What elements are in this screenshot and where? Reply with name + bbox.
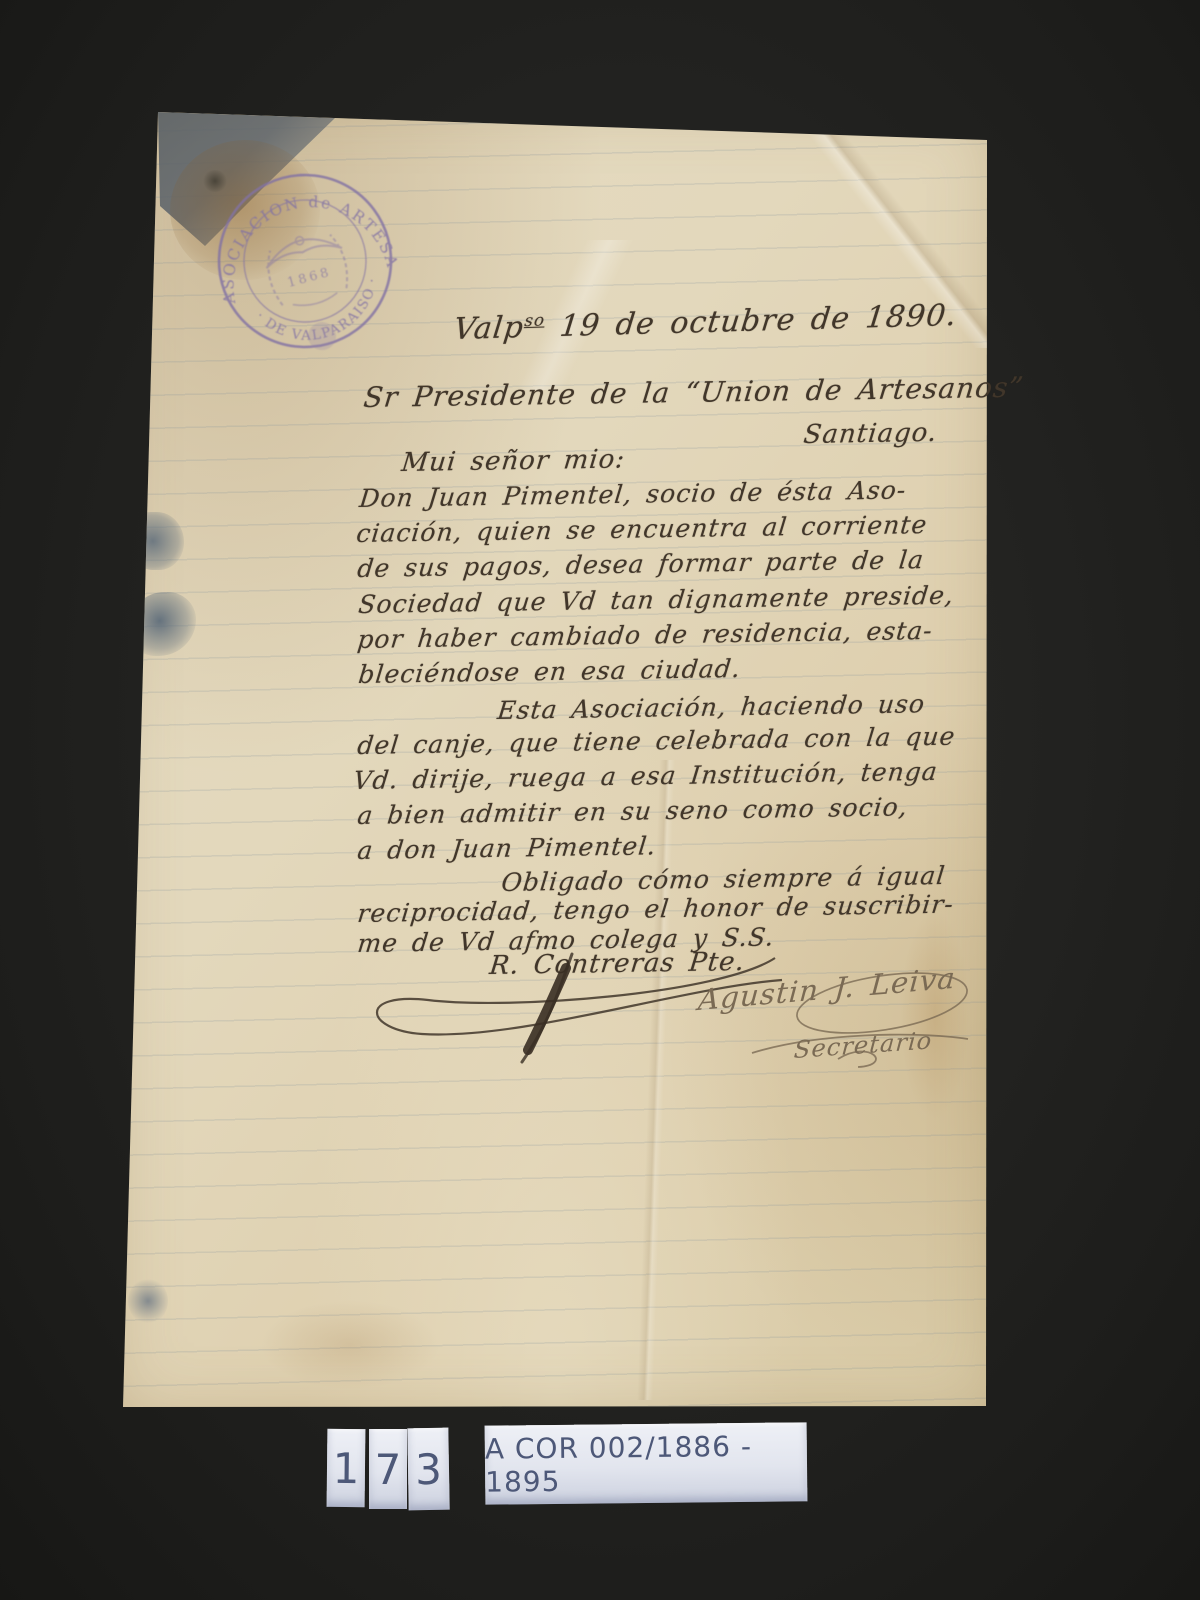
inventory-digit-label: 7 (369, 1429, 407, 1509)
president-signature: R. Contreras Pte. (488, 947, 746, 981)
dateline-prefix: Valp (452, 310, 526, 347)
stamp-year-text: 1868 (286, 265, 333, 291)
letter-body-line: a don Juan Pimentel. (356, 831, 658, 865)
paper-stain (128, 1278, 168, 1324)
archive-code-label: A COR 002/1886 - 1895 (485, 1422, 808, 1504)
inventory-digit-label: 1 (327, 1429, 366, 1507)
letter-body-line: bleciéndose en esa ciudad. (357, 654, 742, 689)
archive-photo: ASOCIACION de ARTESANOS · DE VALPARAISO … (0, 0, 1200, 1600)
paper-stain (260, 1300, 440, 1390)
paper-stain (132, 512, 184, 570)
dateline-superscript: so (524, 310, 547, 330)
inventory-digit-label: 3 (407, 1428, 449, 1511)
paper-stain (900, 910, 970, 1120)
letter-salutation: Mui señor mio: (400, 444, 627, 478)
letter-place: Santiago. (802, 418, 939, 450)
paper-stain (130, 592, 196, 656)
